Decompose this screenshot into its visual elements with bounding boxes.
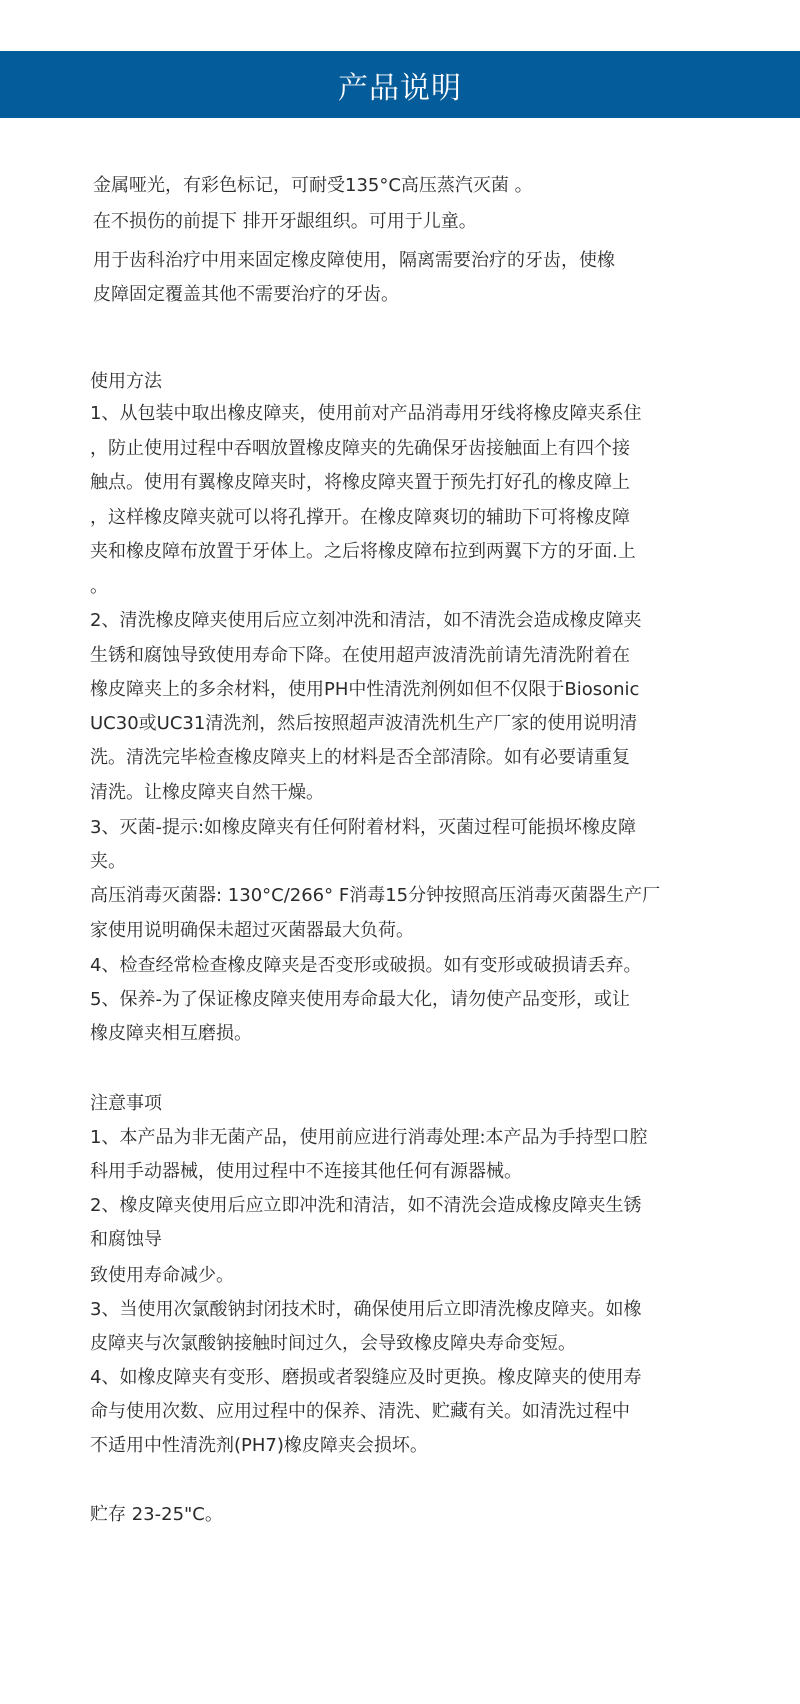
usage-line: 高压消毒灭菌器: 130°C/266° F消毒15分钟按照高压消毒灭菌器生产厂 xyxy=(90,884,660,908)
usage-line: 3、灭菌-提示:如橡皮障夹有任何附着材料，灭菌过程可能损坏橡皮障 xyxy=(90,816,636,840)
usage-line: 1、从包装中取出橡皮障夹，使用前对产品消毒用牙线将橡皮障夹系住 xyxy=(90,402,641,426)
notes-heading: 注意事项 xyxy=(90,1092,162,1116)
usage-line: 触点。使用有翼橡皮障夹时，将橡皮障夹置于预先打好孔的橡皮障上 xyxy=(90,471,630,495)
usage-line: 家使用说明确保未超过灭菌器最大负荷。 xyxy=(90,919,414,943)
notes-line: 不适用中性清洗剂(PH7)橡皮障夹会损坏。 xyxy=(90,1434,428,1458)
notes-line: 科用手动器械，使用过程中不连接其他任何有源器械。 xyxy=(90,1160,522,1184)
notes-line: 命与使用次数、应用过程中的保养、清洗、贮藏有关。如清洗过程中 xyxy=(90,1400,630,1424)
usage-line: 橡皮障夹上的多余材料，使用PH中性清洗剂例如但不仅限于Biosonic xyxy=(90,678,639,702)
usage-line: ，防止使用过程中吞咽放置橡皮障夹的先确保牙齿接触面上有四个接 xyxy=(90,437,630,461)
notes-line: 皮障夹与次氯酸钠接触时间过久，会导致橡皮障央寿命变短。 xyxy=(90,1332,576,1356)
notes-line: 1、本产品为非无菌产品，使用前应进行消毒处理:本产品为手持型口腔 xyxy=(90,1126,648,1150)
page-header: 产品说明 xyxy=(0,51,800,118)
usage-line: ，这样橡皮障夹就可以将孔撑开。在橡皮障爽切的辅助下可将橡皮障 xyxy=(90,506,630,530)
notes-line: 2、橡皮障夹使用后应立即冲洗和清洁，如不清洗会造成橡皮障夹生锈 xyxy=(90,1194,641,1218)
intro-line: 皮障固定覆盖其他不需要治疗的牙齿。 xyxy=(93,283,399,307)
usage-heading: 使用方法 xyxy=(90,370,162,394)
usage-line: 橡皮障夹相互磨损。 xyxy=(90,1022,252,1046)
usage-line: 2、清洗橡皮障夹使用后应立刻冲洗和清洁，如不清洗会造成橡皮障夹 xyxy=(90,609,641,633)
intro-line: 金属哑光，有彩色标记，可耐受135°C高压蒸汽灭菌 。 xyxy=(93,174,533,198)
intro-line: 在不损伤的前提下 排开牙龈组织。可用于儿童。 xyxy=(93,210,477,234)
notes-line: 4、如橡皮障夹有变形、磨损或者裂缝应及时更换。橡皮障夹的使用寿 xyxy=(90,1366,641,1390)
intro-line: 用于齿科治疗中用来固定橡皮障使用，隔离需要治疗的牙齿，使橡 xyxy=(93,249,615,273)
notes-line: 和腐蚀导 xyxy=(90,1228,162,1252)
usage-line: 清洗。让橡皮障夹自然干燥。 xyxy=(90,781,324,805)
usage-line: 生锈和腐蚀导致使用寿命下降。在使用超声波清洗前请先清洗附着在 xyxy=(90,644,630,668)
usage-line: UC30或UC31清洗剂，然后按照超声波清洗机生产厂家的使用说明清 xyxy=(90,712,637,736)
usage-line: 5、保养-为了保证橡皮障夹使用寿命最大化，请勿使产品变形，或让 xyxy=(90,988,630,1012)
storage-text: 贮存 23-25"C。 xyxy=(90,1503,223,1527)
page-title: 产品说明 xyxy=(338,63,462,107)
usage-line: 。 xyxy=(90,575,108,599)
notes-line: 3、当使用次氯酸钠封闭技术时，确保使用后立即清洗橡皮障夹。如橡 xyxy=(90,1298,641,1322)
usage-line: 洗。清洗完毕检查橡皮障夹上的材料是否全部清除。如有必要请重复 xyxy=(90,746,630,770)
usage-line: 夹。 xyxy=(90,850,126,874)
notes-line: 致使用寿命减少。 xyxy=(90,1264,234,1288)
usage-line: 夹和橡皮障布放置于牙体上。之后将橡皮障布拉到两翼下方的牙面.上 xyxy=(90,540,636,564)
usage-line: 4、检查经常检查橡皮障夹是否变形或破损。如有变形或破损请丢弃。 xyxy=(90,954,641,978)
